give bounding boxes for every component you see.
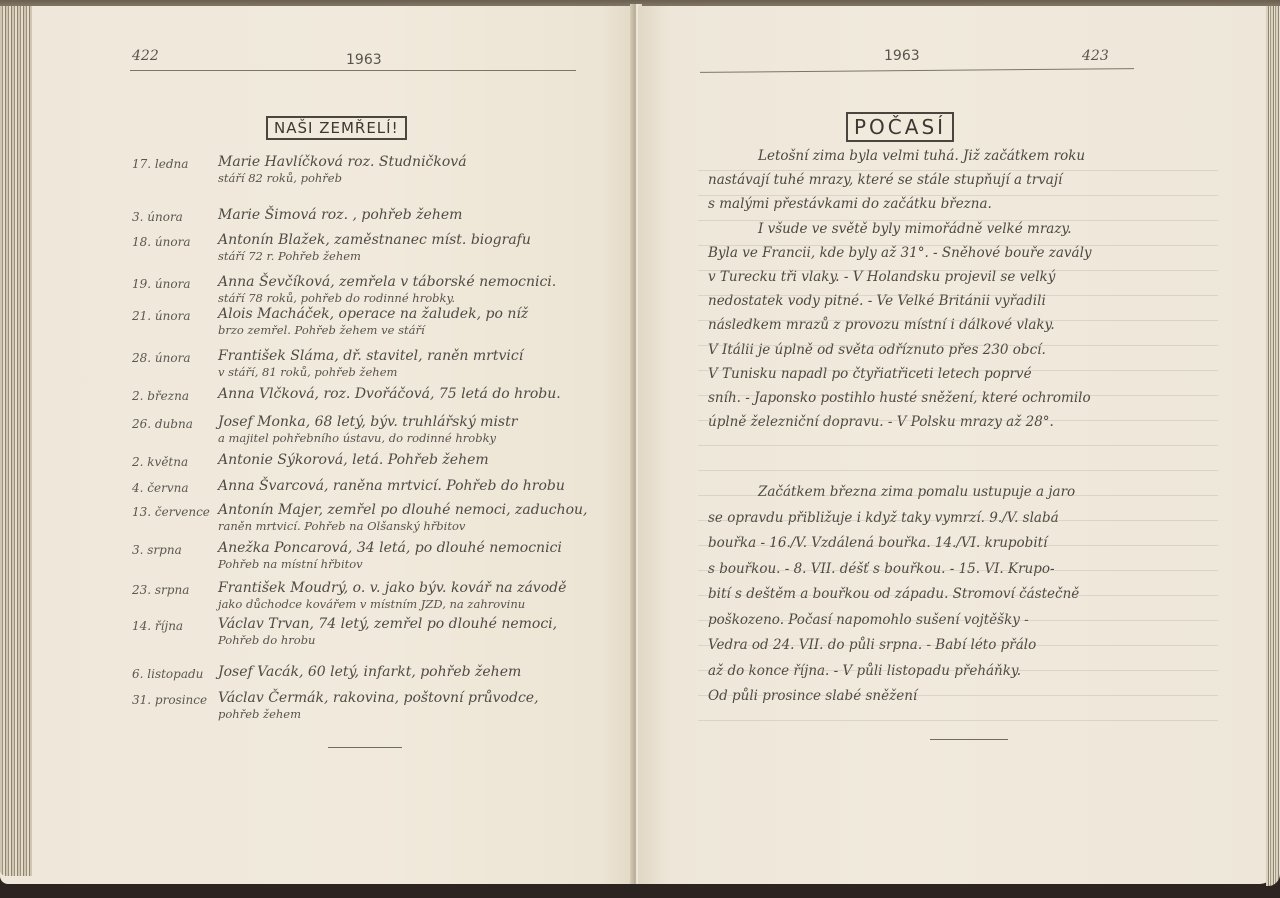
entry-date: 19. února bbox=[132, 277, 190, 291]
paragraph-line: I všude ve světě byly mimořádně velké mr… bbox=[758, 221, 1072, 237]
end-rule bbox=[328, 747, 402, 748]
entry-date: 28. února bbox=[132, 351, 190, 365]
ruled-line bbox=[698, 470, 1218, 471]
entry-detail-line: stáří 72 r. Pohřeb žehem bbox=[218, 249, 361, 263]
entry-date: 4. června bbox=[132, 481, 188, 495]
ruled-line bbox=[698, 395, 1218, 396]
entry-detail-line: stáří 78 roků, pohřeb do rodinné hrobky. bbox=[218, 291, 455, 305]
section-title: POČASÍ bbox=[846, 112, 954, 142]
paragraph-line: Byla ve Francii, kde byly až 31°. - Sněh… bbox=[708, 245, 1092, 261]
ruled-line bbox=[698, 270, 1218, 271]
header-rule bbox=[700, 68, 1134, 73]
entry-detail-line: Pohřeb na místní hřbitov bbox=[218, 557, 363, 571]
entry-date: 17. ledna bbox=[132, 157, 188, 171]
entry-name-line: Anna Ševčíková, zemřela v táborské nemoc… bbox=[218, 274, 556, 290]
entry-detail-line: stáří 82 roků, pohřeb bbox=[218, 171, 342, 185]
entry-date: 2. března bbox=[132, 389, 189, 403]
ruled-line bbox=[698, 695, 1218, 696]
entry-detail-line: pohřeb žehem bbox=[218, 707, 301, 721]
ruled-line bbox=[698, 645, 1218, 646]
entry-name-line: Anna Vlčková, roz. Dvořáčová, 75 letá do… bbox=[218, 386, 561, 402]
entry-name-line: František Moudrý, o. v. jako býv. kovář … bbox=[218, 580, 566, 596]
paragraph-line: bití s deštěm a bouřkou od západu. Strom… bbox=[708, 586, 1079, 602]
section-title: NAŠI ZEMŘELÍ! bbox=[266, 116, 407, 140]
page-year: 1963 bbox=[346, 52, 382, 68]
entry-name-line: Marie Havlíčková roz. Studničková bbox=[218, 154, 467, 170]
entry-date: 23. srpna bbox=[132, 583, 189, 597]
entry-name-line: Josef Monka, 68 letý, býv. truhlářský mi… bbox=[218, 414, 517, 430]
entry-name-line: František Sláma, dř. stavitel, raněn mrt… bbox=[218, 348, 523, 364]
entry-date: 14. října bbox=[132, 619, 183, 633]
paragraph-line: úplně železniční dopravu. - V Polsku mra… bbox=[708, 414, 1054, 430]
entry-name-line: Alois Macháček, operace na žaludek, po n… bbox=[218, 306, 528, 322]
entry-detail-line: a majitel pohřebního ústavu, do rodinné … bbox=[218, 431, 496, 445]
entry-name-line: Antonie Sýkorová, letá. Pohřeb žehem bbox=[218, 452, 489, 468]
paragraph-line: V Tunisku napadl po čtyřiatřiceti letech… bbox=[708, 366, 1032, 382]
right-page: 1963 423 POČASÍ Letošní zima byla velmi … bbox=[638, 6, 1274, 884]
header-rule bbox=[130, 70, 576, 71]
ruled-line bbox=[698, 195, 1218, 196]
page-number: 422 bbox=[132, 48, 159, 64]
paragraph-line: se opravdu přibližuje i když taky vymrzí… bbox=[708, 510, 1059, 526]
paragraph-line: V Itálii je úplně od světa odříznuto pře… bbox=[708, 342, 1046, 358]
entry-detail-line: Pohřeb do hrobu bbox=[218, 633, 315, 647]
entry-name-line: Václav Trvan, 74 letý, zemřel po dlouhé … bbox=[218, 616, 557, 632]
ruled-line bbox=[698, 320, 1218, 321]
page-year: 1963 bbox=[884, 48, 920, 64]
entry-date: 26. dubna bbox=[132, 417, 193, 431]
ruled-line bbox=[698, 345, 1218, 346]
entry-name-line: Antonín Majer, zemřel po dlouhé nemoci, … bbox=[218, 502, 588, 518]
paragraph-line: s bouřkou. - 8. VII. déšť s bouřkou. - 1… bbox=[708, 561, 1055, 577]
ruled-line bbox=[698, 720, 1218, 721]
entry-date: 21. února bbox=[132, 309, 190, 323]
entry-date: 13. července bbox=[132, 505, 210, 519]
paragraph-line: s malými přestávkami do začátku března. bbox=[708, 196, 992, 212]
entry-detail-line: raněn mrtvicí. Pohřeb na Olšanský hřbito… bbox=[218, 519, 465, 533]
paragraph-line: bouřka - 16./V. Vzdálená bouřka. 14./VI.… bbox=[708, 535, 1047, 551]
entry-date: 2. května bbox=[132, 455, 188, 469]
end-rule bbox=[930, 739, 1008, 740]
entry-name-line: Antonín Blažek, zaměstnanec míst. biogra… bbox=[218, 232, 531, 248]
entry-date: 3. srpna bbox=[132, 543, 182, 557]
ruled-line bbox=[698, 595, 1218, 596]
entry-date: 6. listopadu bbox=[132, 667, 203, 681]
entry-detail-line: brzo zemřel. Pohřeb žehem ve stáří bbox=[218, 323, 425, 337]
ruled-line bbox=[698, 520, 1218, 521]
paragraph-line: Od půli prosince slabé sněžení bbox=[708, 688, 917, 704]
paragraph-line: sníh. - Japonsko postihlo husté sněžení,… bbox=[708, 390, 1091, 406]
entry-name-line: Anna Švarcová, raněna mrtvicí. Pohřeb do… bbox=[218, 478, 565, 494]
ruled-line bbox=[698, 445, 1218, 446]
ruled-line bbox=[698, 620, 1218, 621]
ruled-line bbox=[698, 170, 1218, 171]
entry-name-line: Anežka Poncarová, 34 letá, po dlouhé nem… bbox=[218, 540, 562, 556]
entry-name-line: Marie Šimová roz. , pohřeb žehem bbox=[218, 207, 462, 223]
entry-date: 18. února bbox=[132, 235, 190, 249]
ruled-line bbox=[698, 370, 1218, 371]
page-number: 423 bbox=[1082, 48, 1109, 64]
left-page: 422 1963 NAŠI ZEMŘELÍ! 17. lednaMarie Ha… bbox=[0, 6, 634, 884]
ruled-line bbox=[698, 545, 1218, 546]
ruled-line bbox=[698, 420, 1218, 421]
entry-name-line: Josef Vacák, 60 letý, infarkt, pohřeb že… bbox=[218, 664, 521, 680]
ruled-line bbox=[698, 295, 1218, 296]
paragraph-line: nastávají tuhé mrazy, které se stále stu… bbox=[708, 172, 1062, 188]
left-page-edges bbox=[0, 6, 32, 876]
ruled-line bbox=[698, 570, 1218, 571]
entry-date: 31. prosince bbox=[132, 693, 207, 707]
entry-detail-line: jako důchodce kovářem v místním JZD, na … bbox=[218, 597, 525, 611]
right-page-edges bbox=[1266, 6, 1280, 886]
ruled-line bbox=[698, 220, 1218, 221]
paragraph-line: Začátkem března zima pomalu ustupuje a j… bbox=[758, 484, 1075, 500]
paragraph-line: v Turecku tři vlaky. - V Holandsku proje… bbox=[708, 269, 1055, 285]
entry-detail-line: v stáří, 81 roků, pohřeb žehem bbox=[218, 365, 397, 379]
ruled-line bbox=[698, 495, 1218, 496]
ruled-line bbox=[698, 670, 1218, 671]
paragraph-line: Letošní zima byla velmi tuhá. Již začátk… bbox=[758, 148, 1085, 164]
entry-date: 3. února bbox=[132, 210, 183, 224]
ruled-line bbox=[698, 245, 1218, 246]
entry-name-line: Václav Čermák, rakovina, poštovní průvod… bbox=[218, 690, 539, 706]
